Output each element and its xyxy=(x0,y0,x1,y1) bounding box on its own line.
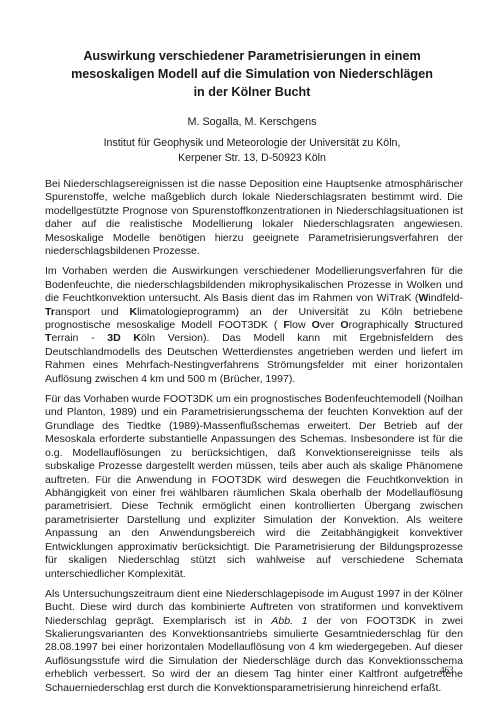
acronym-letter: 3D xyxy=(107,332,120,344)
text-run: indfeld- xyxy=(428,292,463,304)
title-line: mesoskaligen Modell auf die Simulation v… xyxy=(40,65,464,83)
text-run: errain - xyxy=(51,332,107,344)
affiliation: Institut für Geophysik und Meteorologie … xyxy=(30,136,474,165)
affiliation-line: Institut für Geophysik und Meteorologie … xyxy=(30,136,474,151)
authors: M. Sogalla, M. Kerschgens xyxy=(40,115,464,129)
paper-title: Auswirkung verschiedener Parametrisierun… xyxy=(40,47,464,101)
figure-reference: Abb. 1 xyxy=(271,615,307,627)
text-run: ver xyxy=(320,319,341,331)
paragraph-model: Im Vorhaben werden die Auswirkungen vers… xyxy=(45,265,463,386)
text-run: tructured xyxy=(421,319,463,331)
acronym-letter: O xyxy=(312,319,320,331)
acronym-letter: O xyxy=(340,319,348,331)
text-run: rographically xyxy=(349,319,415,331)
affiliation-line: Kerpener Str. 13, D-50923 Köln xyxy=(30,151,474,166)
text-run xyxy=(121,332,134,344)
title-line: in der Kölner Bucht xyxy=(40,83,464,101)
acronym-letter: W xyxy=(418,292,428,304)
text-run: Im Vorhaben werden die Auswirkungen vers… xyxy=(45,265,463,304)
body-text: Bei Niederschlagsereignissen ist die nas… xyxy=(45,178,463,702)
acronym-letter: Tr xyxy=(45,306,55,318)
title-line: Auswirkung verschiedener Parametrisierun… xyxy=(40,47,464,65)
acronym-letter: K xyxy=(129,306,137,318)
paragraph-results: Als Untersuchungszeitraum dient eine Nie… xyxy=(45,588,463,696)
paragraph-methods: Für das Vorhaben wurde FOOT3DK um ein pr… xyxy=(45,393,463,581)
text-run: low xyxy=(290,319,312,331)
text-run: ansport und xyxy=(55,306,129,318)
page-number: 463 xyxy=(440,665,454,675)
paragraph-intro: Bei Niederschlagsereignissen ist die nas… xyxy=(45,178,463,259)
acronym-letter: K xyxy=(133,332,141,344)
